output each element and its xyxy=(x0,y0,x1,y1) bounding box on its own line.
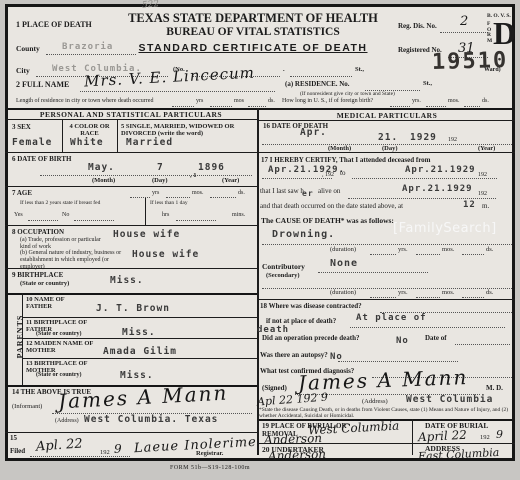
burial-date-printed: 192 xyxy=(480,434,490,441)
marital-value: Married xyxy=(126,137,173,148)
last-saw-er: er xyxy=(302,189,314,198)
race-label: 4 COLOR OR RACE xyxy=(64,123,115,138)
duration-yrs: yrs. xyxy=(398,246,408,253)
right-section-title: MEDICAL PARTICULARS xyxy=(259,111,515,120)
signed-address-label: (Address) xyxy=(362,398,388,405)
birth-year-prefix: , 1 xyxy=(190,172,197,179)
age-no-label: No xyxy=(62,212,69,218)
mother-maiden-name-value: Amada Gilim xyxy=(103,346,177,357)
duration-mos: mos. xyxy=(442,246,454,253)
place-of-death-label: 1 PLACE OF DEATH xyxy=(16,20,92,29)
city-label: City xyxy=(16,66,30,75)
contributory-sub: (Secondary) xyxy=(266,272,300,279)
undertaker-hand: Anderson xyxy=(268,447,326,463)
left-section-title: PERSONAL AND STATISTICAL PARTICULARS xyxy=(5,110,257,119)
md-label: M. D. xyxy=(486,384,503,392)
yrs2-label: yrs. xyxy=(412,98,421,104)
race-value: White xyxy=(70,137,104,148)
birth-year-caption: (Year) xyxy=(222,177,239,184)
reg-dis-value: 2 xyxy=(460,14,468,29)
form-word: FORM xyxy=(487,22,492,44)
full-name-label: 2 FULL NAME xyxy=(16,80,69,89)
duration2-ds: ds. xyxy=(486,289,493,296)
age-hrs-label: hrs xyxy=(162,212,169,218)
occupation-b-value: House wife xyxy=(132,249,199,260)
occurred-text: and that death occurred on the date stat… xyxy=(260,202,403,210)
autopsy-label: Was there an autopsy? xyxy=(260,351,328,359)
certify-from-printed: , 192 xyxy=(322,172,334,178)
how-long-label: How long in U. S., if of foreign birth? xyxy=(282,98,373,104)
mos2-label: mos. xyxy=(448,98,460,104)
age-yes-label: Yes xyxy=(14,212,23,218)
informant-sub-label: (Informant) xyxy=(12,403,42,410)
duration2-mos: mos. xyxy=(442,289,454,296)
q18-sub-label: if not at place of death? xyxy=(266,317,336,325)
death-day-value: 21. xyxy=(378,132,398,143)
certify-to-printed: 192 xyxy=(478,172,487,178)
operation-label: Did an operation precede death? xyxy=(262,334,359,342)
q18-label: 18 Where was disease contracted? xyxy=(260,302,362,310)
birthplace-label: 9 BIRTHPLACE xyxy=(12,271,63,279)
familysearch-watermark: [FamilySearch] xyxy=(393,221,497,236)
st-label: St., xyxy=(355,66,364,73)
cause-of-death-label: The CAUSE OF DEATH* was as follows: xyxy=(261,216,394,225)
title-line1: TEXAS STATE DEPARTMENT OF HEALTH xyxy=(128,11,378,26)
operation-date-label: Date of xyxy=(425,334,447,342)
death-year-value: 1929 xyxy=(410,132,437,143)
occurred-m: m. xyxy=(482,202,489,210)
dot-sep: . xyxy=(283,66,285,73)
form-number-caption: FORM 51b—S19-128-100m xyxy=(170,465,250,471)
operation-value: No xyxy=(396,336,409,346)
birth-month-caption: (Month) xyxy=(92,177,115,184)
last-saw-post: alive on xyxy=(318,187,340,195)
occupation-label: 8 OCCUPATION xyxy=(12,228,64,236)
birth-day-caption: (Day) xyxy=(152,177,168,184)
ds2-label: ds. xyxy=(482,98,489,104)
death-certificate-scan: 522 1 PLACE OF DEATH TEXAS STATE DEPARTM… xyxy=(0,0,520,480)
last-saw-printed: 192 xyxy=(478,191,487,197)
autopsy-value: No xyxy=(330,352,343,362)
certify-to-label: to xyxy=(340,169,345,177)
filed-year-printed: 192 xyxy=(100,449,110,456)
filed-number: 15 xyxy=(10,434,17,442)
parents-rotated-label: PARENTS xyxy=(15,315,24,359)
burial-date-hand-year: 9 xyxy=(496,428,503,441)
duration-ds: ds. xyxy=(486,246,493,253)
cause-footnote: *State the disease Causing Death, or in … xyxy=(259,407,511,420)
father-name-value: J. T. Brown xyxy=(96,303,170,314)
occurred-time: 12 xyxy=(463,200,476,210)
mother-maiden-name-label: 12 MAIDEN NAME OF MOTHER xyxy=(26,340,101,355)
county-label: County xyxy=(16,44,40,53)
signed-address-value: West Columbia xyxy=(406,394,493,405)
marital-label: 5 SINGLE, MARRIED, WIDOWED OR DIVORCED (… xyxy=(121,123,256,138)
birth-year-value: 1896 xyxy=(198,162,225,173)
registrar-label: Registrar. xyxy=(196,450,223,457)
last-saw-pre: that I last saw h xyxy=(260,187,304,195)
birthplace-value: Miss. xyxy=(110,275,144,286)
county-value: Brazoria xyxy=(62,42,113,52)
age-note1: If less than 2 years state if breast fed xyxy=(20,200,100,206)
filed-label: Filed xyxy=(10,447,25,455)
father-name-label: 10 NAME OF FATHER xyxy=(26,296,86,311)
occupation-a-label: (a) Trade, profession or particular kind… xyxy=(20,237,112,251)
filed-year-hand: 9 xyxy=(114,442,122,456)
signed-label: (Signed) xyxy=(262,384,287,392)
occupation-b-label: (b) General nature of industry, business… xyxy=(20,250,125,271)
age-yrs-label: yrs xyxy=(152,190,159,196)
yrs-label: yrs xyxy=(196,98,203,104)
duration2-label: (duration) xyxy=(330,289,356,296)
ds-label: ds. xyxy=(268,98,275,104)
duration2-yrs: yrs. xyxy=(398,289,408,296)
birth-month-value: May. xyxy=(88,162,115,173)
age-note2: If less than 1 day xyxy=(150,200,188,206)
mother-birthplace-sub: (State or country) xyxy=(36,372,82,378)
age-ds-label: ds. xyxy=(238,190,245,196)
birthplace-sub: (State or country) xyxy=(20,280,69,287)
contributory-value: None xyxy=(330,258,358,269)
certify-label: 17 I HEREBY CERTIFY, That I attended dec… xyxy=(261,156,431,164)
mother-birthplace-value: Miss. xyxy=(120,370,154,381)
residence-length-label: Length of residence in city or town wher… xyxy=(16,98,153,104)
duration-label: (duration) xyxy=(330,246,356,253)
age-label: 7 AGE xyxy=(12,189,32,197)
death-day-caption: (Day) xyxy=(382,145,398,152)
father-birthplace-value: Miss. xyxy=(122,327,156,338)
burial-date-hand: April 22 xyxy=(418,428,468,445)
ward-label: Ward) xyxy=(484,67,501,73)
death-month-caption: (Month) xyxy=(328,145,351,152)
father-birthplace-sub: (State or country) xyxy=(36,331,82,337)
age-mins-label: mins. xyxy=(232,212,245,218)
mos-label: mos xyxy=(234,98,244,104)
informant-address-value: West Columbia. Texas xyxy=(84,414,218,425)
death-month-value: Apr. xyxy=(300,127,327,138)
certify-to-value: Apr.21.1929 xyxy=(405,165,476,175)
q18-value: At place of xyxy=(356,313,427,323)
reg-dis-label: Reg. Dis. No. xyxy=(398,22,437,30)
form-letter-d: D xyxy=(493,17,516,49)
pencil-note: 522 xyxy=(142,0,160,11)
residence-label: (a) RESIDENCE. No. xyxy=(285,80,350,88)
death-year-caption: (Year) xyxy=(478,145,495,152)
sex-value: Female xyxy=(12,137,52,148)
sex-label: 3 SEX xyxy=(12,123,31,131)
title-line3: STANDARD CERTIFICATE OF DEATH xyxy=(128,42,378,54)
residence-note: (If nonresident give city or town and St… xyxy=(300,91,395,97)
occupation-a-value: House wife xyxy=(113,229,180,240)
informant-address-label: (Address) xyxy=(55,418,79,424)
contributory-label: Contributory xyxy=(262,262,305,271)
cause-of-death-value: Drowning. xyxy=(272,229,335,240)
birth-day-value: 7 xyxy=(157,162,164,173)
title-line2: BUREAU OF VITAL STATISTICS xyxy=(128,26,378,38)
birth-date-label: 6 DATE OF BIRTH xyxy=(12,155,71,163)
last-saw-date: Apr.21.1929 xyxy=(402,184,473,194)
residence-st-label: St., xyxy=(423,80,432,87)
age-mos-label: mos. xyxy=(192,190,204,196)
